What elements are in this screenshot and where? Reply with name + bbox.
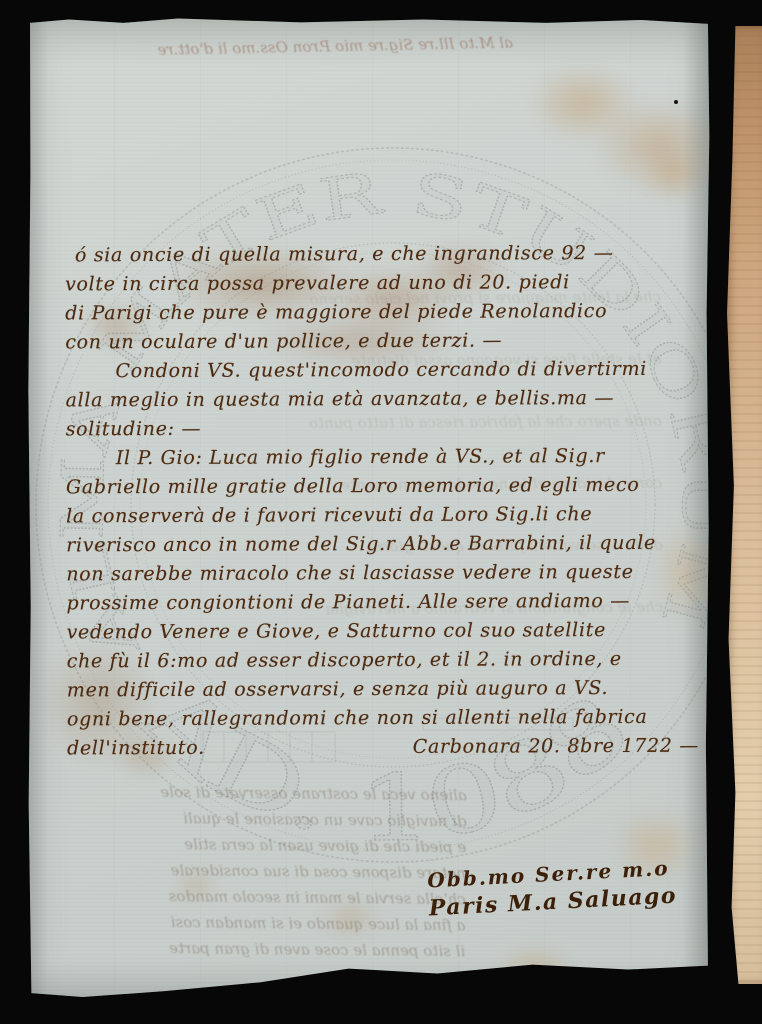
stain	[593, 98, 723, 193]
letter-line: Condoni VS. quest'incomodo cercando di d…	[65, 355, 697, 387]
ghost-line: di naviglio cave un occasione le quali	[36, 804, 466, 835]
letter-line: volte in circa possa prevalere ad uno di…	[65, 268, 697, 300]
ghost-line: ch'ella servia le mani in secolo mandos	[36, 882, 466, 913]
letter-line: riverisco anco in nome del Sig.r Abb.e B…	[66, 529, 698, 561]
letter-line: ogni bene, rallegrandomi che non si alle…	[67, 703, 699, 735]
ghost-line: il sito penna le cose aven di gran parte	[35, 934, 465, 965]
letter-line: che fù il 6:mo ad esser discoperto, et i…	[67, 645, 699, 677]
ink-speck	[674, 100, 678, 104]
letter-line: dell'instituto.	[67, 734, 205, 764]
ghost-line: notare dispone cosa di sua considerale	[36, 856, 466, 887]
ghost-line: al M.to Ill.re Sig.re mio P.ron Oss.mo l…	[83, 30, 513, 65]
ghost-text-bottom: alieno veca le costrane osservate di sol…	[35, 778, 467, 964]
ghost-line: a fina la luce quando ei si mandan cosi	[35, 908, 465, 939]
scan-background: ALMA MATER STUDIORUM AD. 1088 al M.to Il…	[0, 0, 762, 1024]
stain	[323, 898, 378, 940]
letter-line: con un oculare d'un pollice, e due terzi…	[65, 326, 697, 358]
letter-line: men difficile ad osservarsi, e senza più…	[67, 674, 699, 706]
letter-line: vedendo Venere e Giove, e Satturno col s…	[67, 616, 699, 648]
stain	[528, 63, 638, 143]
letter-line: ó sia oncie di quella misura, e che ingr…	[65, 239, 697, 271]
stain	[173, 868, 218, 903]
letter-line: alla meglio in questa mia età avanzata, …	[65, 384, 697, 416]
ghost-text-top: al M.to Ill.re Sig.re mio P.ron Oss.mo l…	[83, 30, 513, 65]
signature-block: Obb.mo Ser.re m.o Paris M.a Saluago	[427, 855, 678, 924]
letter-line: prossime congiontioni de Pianeti. Alle s…	[66, 587, 698, 619]
manuscript-page: ALMA MATER STUDIORUM AD. 1088 al M.to Il…	[28, 18, 710, 1000]
ghost-line: alieno veca le costrane osservate di sol…	[37, 778, 467, 809]
letter-line: Il P. Gio: Luca mio figlio rende à VS., …	[66, 442, 698, 474]
letter-line: Gabriello mille gratie della Loro memori…	[66, 471, 698, 503]
stain	[640, 148, 710, 203]
letter-line: solitudine: —	[66, 413, 698, 445]
adjacent-page-edge	[724, 26, 762, 984]
letter-text: ó sia oncie di quella misura, e che ingr…	[65, 239, 699, 764]
dateline: Carbonara 20. 8bre 1722 —	[413, 732, 699, 762]
ghost-line: e piedi che di giove usan la cera stile	[36, 830, 466, 861]
stain	[498, 943, 573, 998]
letter-line: la conserverà de i favori ricevuti da Lo…	[66, 500, 698, 532]
letter-line: di Parigi che pure è maggiore del piede …	[65, 297, 697, 329]
letter-line: non sarebbe miracolo che si lasciasse ve…	[66, 558, 698, 590]
